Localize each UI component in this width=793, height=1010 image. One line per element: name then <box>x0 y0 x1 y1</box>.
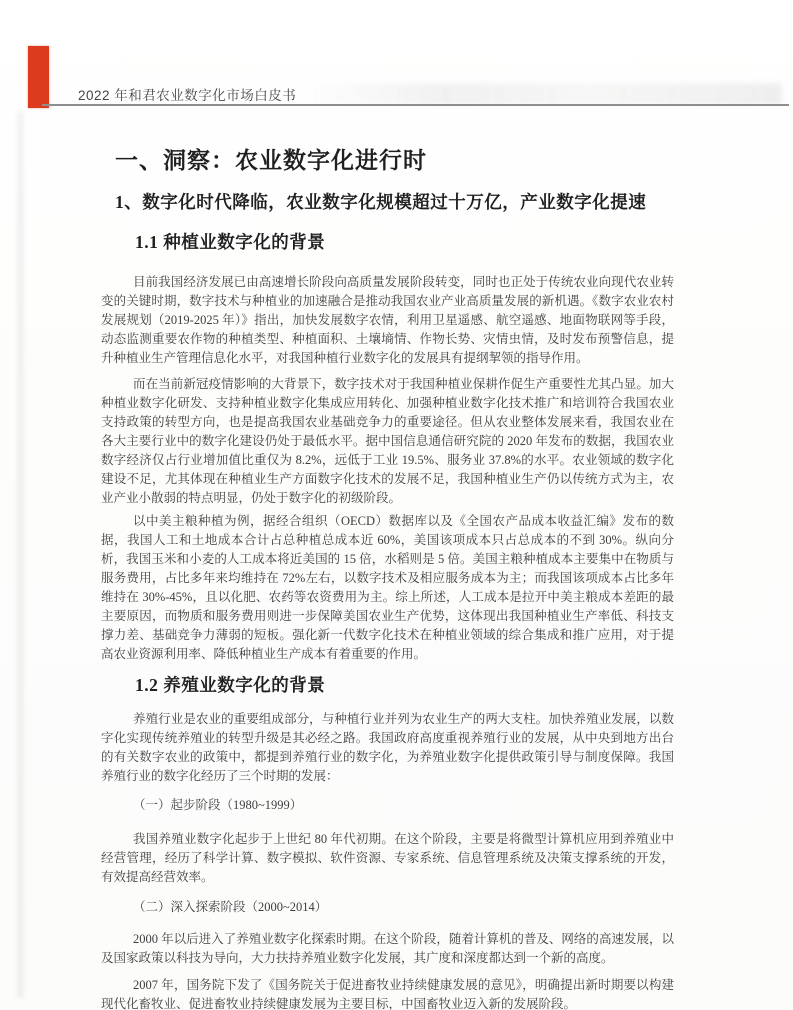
paragraph-phase-2b: 2007 年，国务院下发了《国务院关于促进畜牧业持续健康发展的意见》，明确提出新… <box>101 976 674 1010</box>
scan-edge-shadow <box>17 112 24 998</box>
scan-smudge <box>300 83 782 105</box>
header-divider <box>42 104 789 106</box>
brand-red-block <box>28 46 49 108</box>
paragraph-phase-2a: 2000 年以后进入了养殖业数字化探索时期。在这个阶段，随着计算机的普及、网络的… <box>101 930 674 968</box>
paragraph-breeding-1: 养殖行业是农业的重要组成部分，与种植行业并列为农业生产的两大支柱。加快养殖业发展… <box>101 710 674 786</box>
subsection-heading-1-1: 1.1 种植业数字化的背景 <box>135 230 674 254</box>
paragraph-phase-1: 我国养殖业数字化起步于上世纪 80 年代初期。在这个阶段，主要是将微型计算机应用… <box>101 830 674 887</box>
paragraph-planting-1: 目前我国经济发展已由高速增长阶段向高质量发展阶段转变，同时也正处于传统农业向现代… <box>101 273 674 368</box>
page-body: 一、洞察：农业数字化进行时 1、数字化时代降临，农业数字化规模超过十万亿，产业数… <box>101 140 674 1010</box>
document-page: 2022 年和君农业数字化市场白皮书 一、洞察：农业数字化进行时 1、数字化时代… <box>0 0 793 1010</box>
paragraph-planting-2: 而在当前新冠疫情影响的大背景下，数字技术对于我国种植业保耕作促生产重要性尤其凸显… <box>101 375 674 508</box>
section-heading: 1、数字化时代降临，农业数字化规模超过十万亿，产业数字化提速 <box>115 191 674 213</box>
paragraph-planting-3: 以中美主粮种植为例，据经合组织（OECD）数据库以及《全国农产品成本收益汇编》发… <box>101 512 674 664</box>
phase-2-title: （二）深入探索阶段（2000~2014） <box>101 898 674 917</box>
document-header-title: 2022 年和君农业数字化市场白皮书 <box>78 84 296 104</box>
chapter-heading: 一、洞察：农业数字化进行时 <box>115 146 674 175</box>
subsection-heading-1-2: 1.2 养殖业数字化的背景 <box>135 673 674 697</box>
phase-1-title: （一）起步阶段（1980~1999） <box>101 796 674 815</box>
